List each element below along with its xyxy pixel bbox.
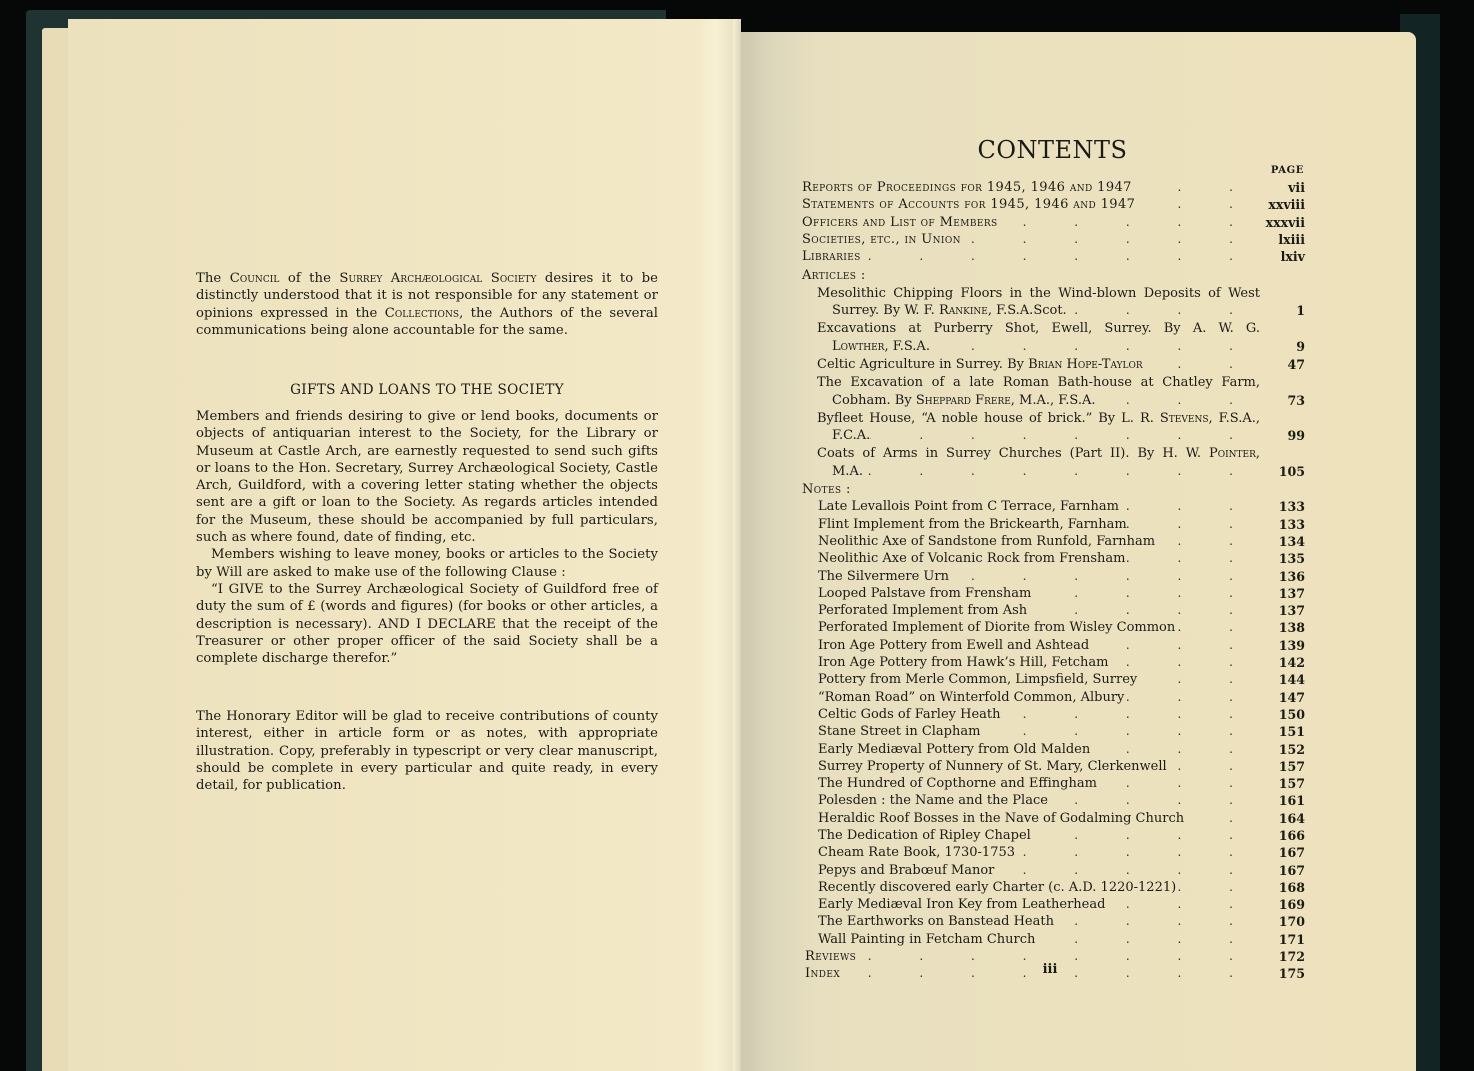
toc-entry-page: 166 [1255,827,1305,844]
dot-leader: . . . . . . . . . . . . . . . . . . . . … [1105,896,1255,913]
toc-note-entry: Early Mediæval Iron Key from Leatherhead… [802,896,1305,913]
dot-leader: . . . . . . . . . . . . . . . . . . . . … [1135,196,1255,213]
toc-entry-title: Perforated Implement from Ash [818,602,1027,619]
toc-entry-page: vii [1255,179,1305,196]
dot-leader: . . . . . . . . . . . . . . . . . . . . … [1127,516,1255,533]
toc-entry-page: 161 [1255,792,1305,809]
toc-entry-page: 152 [1255,741,1305,758]
toc-entry-page: 139 [1255,637,1305,654]
dot-leader: . . . . . . . . . . . . . . . . . . . . … [1132,179,1255,196]
toc-note-entry: Pottery from Merle Common, Limpsfield, S… [802,671,1305,688]
toc-entry: M.A.. . . . . . . . . . . . . . . . . . … [802,463,1305,480]
dot-leader: . . . . . . . . . . . . . . . . . . . . … [1031,827,1255,844]
dot-leader: . . . . . . . . . . . . . . . . . . . . … [980,723,1255,740]
table-of-contents: Reports of Proceedings for 1945, 1946 an… [802,179,1305,983]
page-column-label: PAGE [1240,165,1304,176]
toc-entry-page: 172 [1255,948,1305,965]
dot-leader: . . . . . . . . . . . . . . . . . . . . … [1090,741,1255,758]
dot-leader: . . . . . . . . . . . . . . . . . . . . … [1108,654,1255,671]
toc-entry-page: xxviii [1255,196,1305,213]
dot-leader: . . . . . . . . . . . . . . . . . . . . … [1184,810,1255,827]
toc-note-entry: The Earthworks on Banstead Heath. . . . … [802,913,1305,930]
disclaimer-text: Council [230,271,280,286]
toc-entry-page: 137 [1255,585,1305,602]
toc-entry-title: Surrey Property of Nunnery of St. Mary, … [818,758,1167,775]
toc-entry-title: Stane Street in Clapham [818,723,980,740]
disclaimer-text: Collections [385,306,459,321]
toc-front-matter-entry: Libraries. . . . . . . . . . . . . . . .… [802,248,1305,265]
dot-leader: . . . . . . . . . . . . . . . . . . . . … [1031,585,1255,602]
article-title-line: Coats of Arms in Surrey Churches (Part I… [817,445,1260,462]
toc-entry-title: Looped Palstave from Frensham [818,585,1031,602]
articles-heading: Articles : [802,267,1305,284]
article-title-line: The Excavation of a late Roman Bath-hous… [817,374,1260,391]
dot-leader: . . . . . . . . . . . . . . . . . . . . … [1143,356,1255,373]
toc-entry-title: Celtic Gods of Farley Heath [818,706,1001,723]
toc-entry: Cobham. By Sheppard Frere, M.A., F.S.A..… [802,392,1305,409]
toc-note-entry: Neolithic Axe of Volcanic Rock from Fren… [802,550,1305,567]
toc-entry-title: Recently discovered early Charter (c. A.… [818,879,1176,896]
toc-entry-page: 47 [1255,356,1305,373]
toc-entry-title: Libraries [802,248,861,265]
toc-note-entry: Iron Age Pottery from Hawk’s Hill, Fetch… [802,654,1305,671]
toc-entry-title: The Silvermere Urn [818,568,949,585]
toc-entry-page: 144 [1255,671,1305,688]
article-title-line: Byfleet House, “A noble house of brick.”… [817,410,1260,427]
toc-entry: F.C.A.. . . . . . . . . . . . . . . . . … [802,427,1305,444]
toc-entry-page: 169 [1255,896,1305,913]
toc-entry-page: lxiv [1255,248,1305,265]
toc-entry-page: 1 [1255,302,1305,319]
dot-leader: . . . . . . . . . . . . . . . . . . . . … [863,463,1255,480]
toc-note-entry: Surrey Property of Nunnery of St. Mary, … [802,758,1305,775]
dot-leader: . . . . . . . . . . . . . . . . . . . . … [1119,498,1255,515]
toc-entry-page: 136 [1255,568,1305,585]
bequest-paragraph: Members wishing to leave money, books or… [196,546,658,581]
toc-entry-page: 167 [1255,862,1305,879]
article-title-line: Mesolithic Chipping Floors in the Wind-b… [817,285,1260,302]
toc-entry-title: Early Mediæval Pottery from Old Malden [818,741,1090,758]
toc-entry-page: 9 [1255,338,1305,355]
toc-note-entry: Perforated Implement of Diorite from Wis… [802,619,1305,636]
disclaimer-text: The [196,271,230,286]
contents-title: CONTENTS [800,136,1305,164]
toc-entry-title: Early Mediæval Iron Key from Leatherhead [818,896,1105,913]
toc-article-entry: Coats of Arms in Surrey Churches (Part I… [802,445,1305,480]
toc-entry-page: 151 [1255,723,1305,740]
toc-front-matter-entry: Reports of Proceedings for 1945, 1946 an… [802,179,1305,196]
toc-entry-title: Heraldic Roof Bosses in the Nave of Goda… [818,810,1184,827]
toc-entry-page: 133 [1255,498,1305,515]
dot-leader: . . . . . . . . . . . . . . . . . . . . … [1027,602,1255,619]
dot-leader: . . . . . . . . . . . . . . . . . . . . … [861,248,1255,265]
dot-leader: . . . . . . . . . . . . . . . . . . . . … [1124,689,1255,706]
dot-leader: . . . . . . . . . . . . . . . . . . . . … [1176,879,1255,896]
toc-note-entry: Late Levallois Point from C Terrace, Far… [802,498,1305,515]
toc-entry-title: M.A. [832,463,863,480]
toc-article-entry: Byfleet House, “A noble house of brick.”… [802,410,1305,445]
toc-entry-title: “Roman Road” on Winterfold Common, Albur… [818,689,1124,706]
toc-entry-page: 167 [1255,844,1305,861]
toc-entry-title: The Earthworks on Banstead Heath [818,913,1054,930]
toc-front-matter-entry: Statements of Accounts for 1945, 1946 an… [802,196,1305,213]
toc-entry-title: Pottery from Merle Common, Limpsfield, S… [818,671,1137,688]
toc-entry-title: Neolithic Axe of Sandstone from Runfold,… [818,533,1155,550]
dot-leader: . . . . . . . . . . . . . . . . . . . . … [998,214,1255,231]
toc-entry-page: 147 [1255,689,1305,706]
toc-entry-title: Wall Painting in Fetcham Church [818,931,1035,948]
toc-entry-page: lxiii [1255,231,1305,248]
toc-entry-title: Lowther, F.S.A. [832,338,930,355]
toc-entry-title: Iron Age Pottery from Ewell and Ashtead [818,637,1089,654]
toc-note-entry: Heraldic Roof Bosses in the Nave of Goda… [802,810,1305,827]
toc-note-entry: Recently discovered early Charter (c. A.… [802,879,1305,896]
toc-entry-page: 105 [1255,463,1305,480]
disclaimer-text: Surrey Archæological Society [339,271,536,286]
toc-entry-title: Celtic Agriculture in Surrey. By Brian H… [817,356,1143,373]
toc-entry-title: Pepys and Brabœuf Manor [818,862,994,879]
dot-leader: . . . . . . . . . . . . . . . . . . . . … [870,427,1255,444]
toc-entry-page: 99 [1255,427,1305,444]
toc-entry: Surrey. By W. F. Rankine, F.S.A.Scot.. .… [802,302,1305,319]
toc-note-entry: Cheam Rate Book, 1730-1753. . . . . . . … [802,844,1305,861]
toc-note-entry: Neolithic Axe of Sandstone from Runfold,… [802,533,1305,550]
dot-leader: . . . . . . . . . . . . . . . . . . . . … [1097,775,1255,792]
dot-leader: . . . . . . . . . . . . . . . . . . . . … [1167,758,1255,775]
page-number: iii [1000,962,1100,977]
toc-entry-title: Surrey. By W. F. Rankine, F.S.A.Scot. [832,302,1067,319]
toc-article-entry: Mesolithic Chipping Floors in the Wind-b… [802,285,1305,320]
toc-entry: Lowther, F.S.A.. . . . . . . . . . . . .… [802,338,1305,355]
toc-note-entry: Early Mediæval Pottery from Old Malden. … [802,741,1305,758]
toc-entry-title: The Dedication of Ripley Chapel [818,827,1031,844]
toc-entry-page: 73 [1255,392,1305,409]
toc-entry-title: The Hundred of Copthorne and Effingham [818,775,1097,792]
toc-entry-page: 135 [1255,550,1305,567]
gifts-body: Members and friends desiring to give or … [196,408,658,667]
toc-entry-page: 138 [1255,619,1305,636]
toc-entry-title: Reports of Proceedings for 1945, 1946 an… [802,179,1132,196]
toc-note-entry: The Silvermere Urn. . . . . . . . . . . … [802,568,1305,585]
toc-entry-title: Societies, etc., in Union [802,231,961,248]
toc-note-entry: The Hundred of Copthorne and Effingham. … [802,775,1305,792]
toc-entry-page: 150 [1255,706,1305,723]
toc-entry-title: F.C.A. [832,427,870,444]
toc-entry-page: 175 [1255,965,1305,982]
toc-note-entry: Pepys and Brabœuf Manor. . . . . . . . .… [802,862,1305,879]
dot-leader: . . . . . . . . . . . . . . . . . . . . … [1067,302,1255,319]
toc-entry-title: Polesden : the Name and the Place [818,792,1048,809]
dot-leader: . . . . . . . . . . . . . . . . . . . . … [1137,671,1255,688]
toc-note-entry: Celtic Gods of Farley Heath. . . . . . .… [802,706,1305,723]
disclaimer-text: of the [279,271,339,286]
toc-front-matter-entry: Officers and List of Members. . . . . . … [802,214,1305,231]
dot-leader: . . . . . . . . . . . . . . . . . . . . … [1096,392,1255,409]
dot-leader: . . . . . . . . . . . . . . . . . . . . … [1048,792,1255,809]
notes-heading: Notes : [802,481,1305,498]
toc-entry-page: xxxvii [1255,214,1305,231]
toc-entry-title: Reviews [805,948,856,965]
gifts-paragraph: Members and friends desiring to give or … [196,408,658,546]
dot-leader: . . . . . . . . . . . . . . . . . . . . … [1001,706,1255,723]
gifts-heading: GIFTS AND LOANS TO THE SOCIETY [196,382,658,398]
book-gutter [733,19,741,1071]
toc-entry-title: Cobham. By Sheppard Frere, M.A., F.S.A. [832,392,1096,409]
toc-entry-title: Perforated Implement of Diorite from Wis… [818,619,1175,636]
toc-article-entry: The Excavation of a late Roman Bath-hous… [802,374,1305,409]
dot-leader: . . . . . . . . . . . . . . . . . . . . … [1089,637,1255,654]
toc-entry: Celtic Agriculture in Surrey. By Brian H… [802,356,1305,373]
toc-entry-title: Neolithic Axe of Volcanic Rock from Fren… [818,550,1126,567]
toc-entry-page: 142 [1255,654,1305,671]
dot-leader: . . . . . . . . . . . . . . . . . . . . … [1015,844,1255,861]
toc-note-entry: Perforated Implement from Ash. . . . . .… [802,602,1305,619]
dot-leader: . . . . . . . . . . . . . . . . . . . . … [1126,550,1256,567]
dot-leader: . . . . . . . . . . . . . . . . . . . . … [961,231,1255,248]
toc-entry-title: Late Levallois Point from C Terrace, Far… [818,498,1119,515]
toc-entry-page: 171 [1255,931,1305,948]
toc-front-matter-entry: Societies, etc., in Union. . . . . . . .… [802,231,1305,248]
toc-note-entry: Iron Age Pottery from Ewell and Ashtead.… [802,637,1305,654]
toc-entry-title: Index [805,965,840,982]
toc-article-entry: Excavations at Purberry Shot, Ewell, Sur… [802,320,1305,355]
toc-note-entry: Stane Street in Clapham. . . . . . . . .… [802,723,1305,740]
toc-entry-page: 164 [1255,810,1305,827]
toc-entry-page: 133 [1255,516,1305,533]
dot-leader: . . . . . . . . . . . . . . . . . . . . … [1155,533,1255,550]
toc-note-entry: Polesden : the Name and the Place. . . .… [802,792,1305,809]
dot-leader: . . . . . . . . . . . . . . . . . . . . … [1035,931,1255,948]
toc-entry-page: 168 [1255,879,1305,896]
council-disclaimer: The Council of the Surrey Archæological … [196,270,658,339]
toc-article-entry: Celtic Agriculture in Surrey. By Brian H… [802,356,1305,373]
toc-note-entry: Wall Painting in Fetcham Church. . . . .… [802,931,1305,948]
editor-note: The Honorary Editor will be glad to rece… [196,708,658,794]
dot-leader: . . . . . . . . . . . . . . . . . . . . … [994,862,1255,879]
toc-entry-page: 137 [1255,602,1305,619]
dot-leader: . . . . . . . . . . . . . . . . . . . . … [1175,619,1255,636]
toc-entry-title: Flint Implement from the Brickearth, Far… [818,516,1127,533]
toc-note-entry: The Dedication of Ripley Chapel. . . . .… [802,827,1305,844]
dot-leader: . . . . . . . . . . . . . . . . . . . . … [949,568,1255,585]
toc-note-entry: Looped Palstave from Frensham. . . . . .… [802,585,1305,602]
bequest-clause: “I GIVE to the Surrey Archæological Soci… [196,581,658,667]
dot-leader: . . . . . . . . . . . . . . . . . . . . … [930,338,1255,355]
toc-entry-title: Cheam Rate Book, 1730-1753 [818,844,1015,861]
toc-note-entry: Flint Implement from the Brickearth, Far… [802,516,1305,533]
toc-entry-title: Officers and List of Members [802,214,998,231]
toc-note-entry: “Roman Road” on Winterfold Common, Albur… [802,689,1305,706]
article-title-line: Excavations at Purberry Shot, Ewell, Sur… [817,320,1260,337]
toc-entry-page: 157 [1255,775,1305,792]
toc-entry-title: Iron Age Pottery from Hawk’s Hill, Fetch… [818,654,1108,671]
dot-leader: . . . . . . . . . . . . . . . . . . . . … [1054,913,1255,930]
toc-entry-title: Statements of Accounts for 1945, 1946 an… [802,196,1135,213]
toc-entry-page: 134 [1255,533,1305,550]
toc-entry-page: 170 [1255,913,1305,930]
toc-entry-page: 157 [1255,758,1305,775]
